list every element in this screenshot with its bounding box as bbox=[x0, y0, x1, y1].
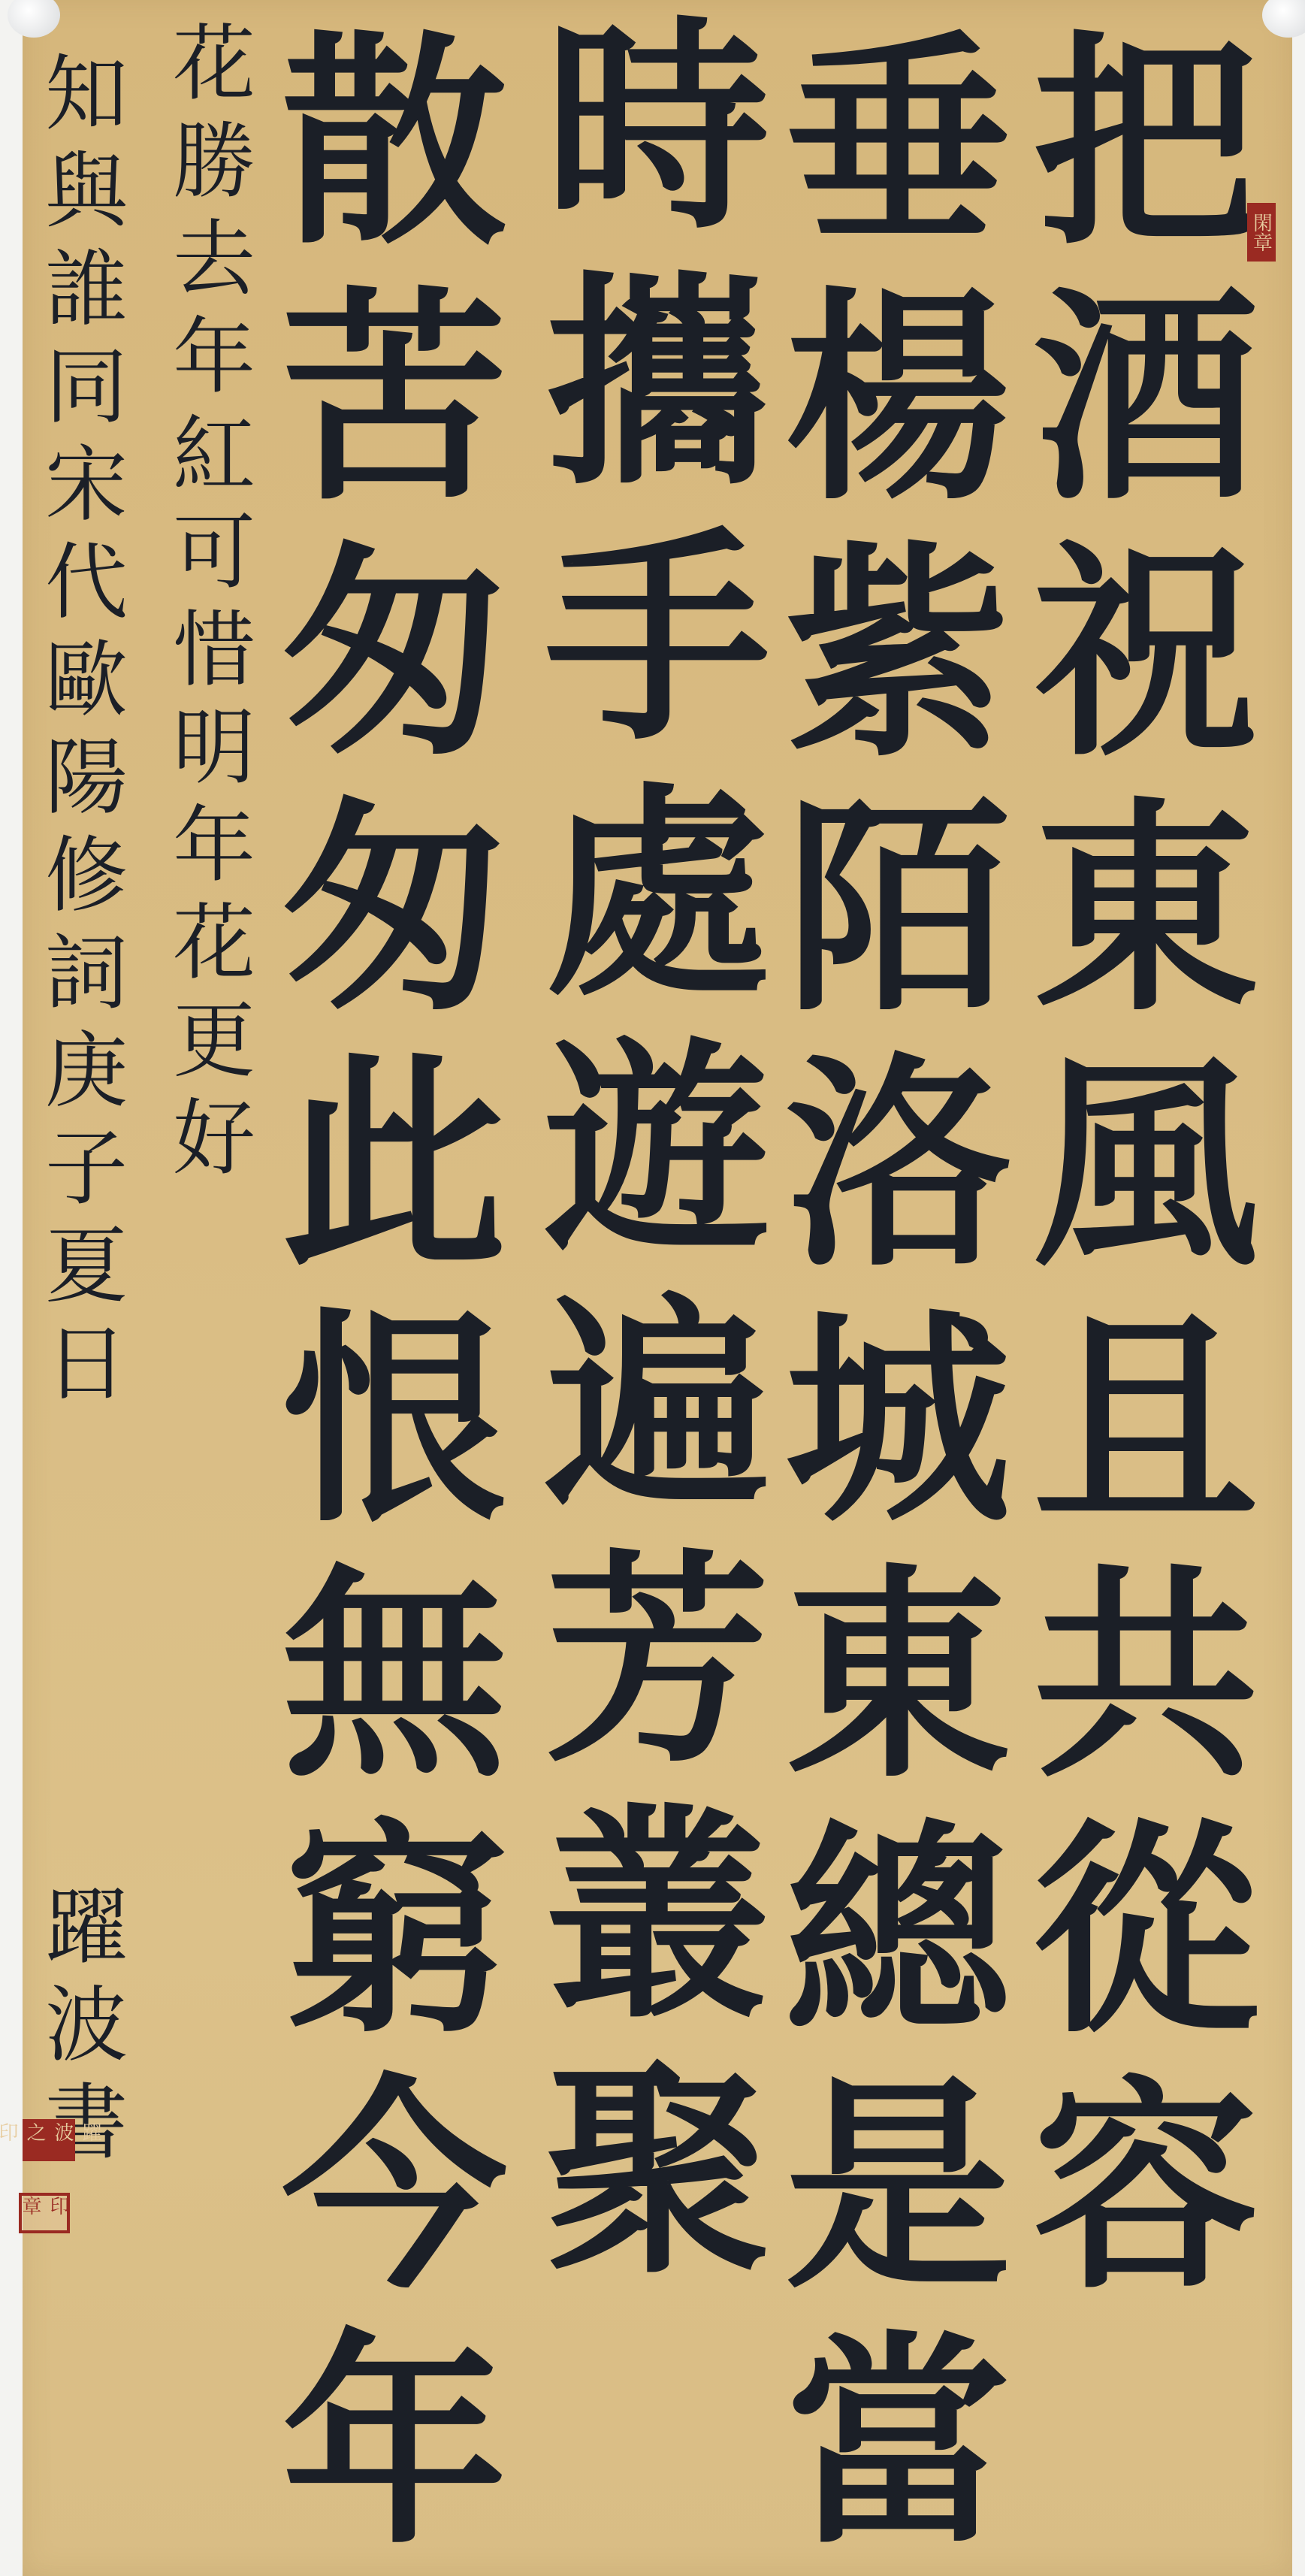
seal-top-right: 閑章 bbox=[1247, 203, 1276, 262]
main-column-3: 時攜手處遊遍芳叢聚 bbox=[533, 0, 781, 2299]
seal-bottom-2: 印章 bbox=[19, 2193, 70, 2233]
left-clip-icon bbox=[8, 0, 60, 38]
main-column-1: 把酒祝東風且共從容 bbox=[1022, 15, 1270, 2314]
inscription-column-1: 花勝去年紅可惜明年花更好 bbox=[165, 15, 263, 1187]
seal-bottom-1: 躍波之印 bbox=[23, 2119, 75, 2161]
main-column-2: 垂楊紫陌洛城東總是當 bbox=[774, 15, 1022, 2570]
inscription-column-2: 知與誰同宋代歐陽修詞庚子夏日 bbox=[38, 45, 135, 1413]
main-column-4: 散苦匆匆此恨無窮今年 bbox=[270, 15, 518, 2570]
calligraphy-scroll: 把酒祝東風且共從容 垂楊紫陌洛城東總是當 時攜手處遊遍芳叢聚 散苦匆匆此恨無窮今… bbox=[23, 0, 1292, 2576]
